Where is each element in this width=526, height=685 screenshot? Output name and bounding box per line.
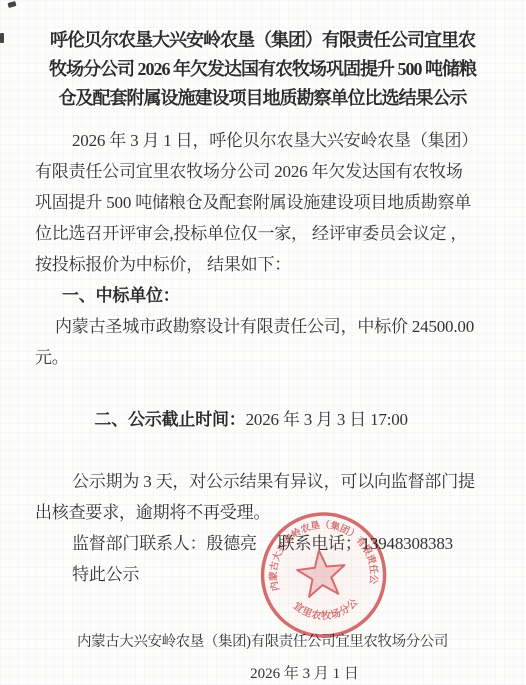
body-line: 巩固提升 500 吨储粮仓及配套附属设施建设项目地质勘察单	[35, 187, 490, 218]
signature-date: 2026 年 3 月 1 日	[77, 662, 526, 683]
body-line: 有限责任公司宜里农牧场分公司 2026 年欠发达国有农牧场	[35, 156, 490, 187]
deadline-value: 2026 年 3 月 3 日 17:00	[246, 410, 408, 429]
title-line: 仓及配套附属设施建设项目地质勘察单位比选结果公示	[35, 84, 490, 113]
section-heading-deadline: 二、公示截止时间：2026 年 3 月 3 日 17:00	[35, 373, 490, 466]
title-line: 呼伦贝尔农垦大兴安岭农垦（集团）有限责任公司宜里农	[35, 26, 490, 55]
section-heading-winner: 一、中标单位：	[35, 280, 490, 311]
body-line: 内蒙古圣城市政勘察设计有限责任公司，中标价 24500.00	[35, 311, 490, 342]
scan-artifact-speck	[0, 33, 4, 43]
body-line: 2026 年 3 月 1 日，呼伦贝尔农垦大兴安岭农垦（集团）	[35, 125, 490, 156]
title-line: 牧场分公司 2026 年欠发达国有农牧场巩固提升 500 吨储粮	[35, 55, 490, 84]
deadline-label: 二、公示截止时间：	[94, 410, 245, 429]
official-seal: 内蒙古大兴安岭农垦（集团）有限责任公司 宜里农牧场分公司	[247, 502, 401, 656]
body-line: 按投标报价为中标价， 结果如下：	[35, 249, 490, 280]
document-title: 呼伦贝尔农垦大兴安岭农垦（集团）有限责任公司宜里农 牧场分公司 2026 年欠发…	[35, 26, 490, 113]
body-line: 公示期为 3 天，对公示结果有异议，可以向监督部门提	[35, 466, 490, 497]
official-seal-graphic: 内蒙古大兴安岭农垦（集团）有限责任公司 宜里农牧场分公司	[247, 502, 401, 656]
body-line: 元。	[35, 342, 490, 373]
body-line: 位比选召开评审会,投标单位仅一家， 经评审委员会议定 ，	[35, 218, 490, 249]
scan-artifact-speck	[7, 1, 16, 8]
document-page: 呼伦贝尔农垦大兴安岭农垦（集团）有限责任公司宜里农 牧场分公司 2026 年欠发…	[0, 0, 526, 685]
